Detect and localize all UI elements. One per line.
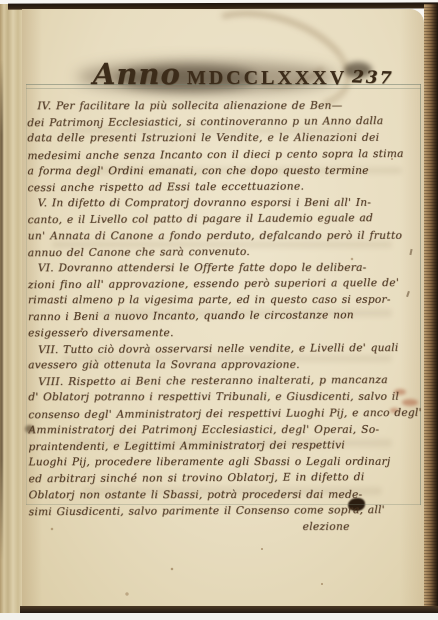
manuscript-line: ranno i Beni a nuovo Incanto, quando le … (28, 307, 421, 326)
manuscript-line-section-viii: VIII. Rispetto ai Beni che resteranno in… (28, 372, 421, 391)
manuscript-line: ed arbitrarj sinché non si trovino Oblat… (29, 469, 422, 488)
manuscript-line: esigessero diversamente. (28, 324, 421, 341)
manuscript-line: consenso degl' Amministratorj dei respet… (28, 404, 421, 423)
manuscript-line: praintendenti, e Legittimi Amministrator… (28, 437, 421, 456)
manuscript-line: medesimi anche senza Incanto con il diec… (27, 145, 420, 164)
header-year-roman: MDCCLXXXV (187, 67, 347, 89)
manuscript-line: avessero già ottenuta la Sovrana approva… (28, 357, 421, 374)
manuscript-line-section-vii: VII. Tutto ciò dovrà osservarsi nelle ve… (28, 340, 421, 359)
manuscript-line-section-vi: VI. Dovranno attendersi le Offerte fatte… (28, 260, 421, 277)
manuscript-line: simi Giusdicenti, salvo parimente il Con… (29, 501, 422, 520)
gutter-shadow (0, 60, 3, 560)
scan-border-bottom (0, 613, 438, 620)
manuscript-page: AnnoMDCCLXXXV 237 IV. Per facilitare la … (22, 9, 424, 606)
manuscript-line: zioni fino all' approvazione, essendo pe… (28, 275, 421, 294)
manuscript-line-section-v: V. In difetto di Compratorj dovranno esp… (28, 195, 421, 212)
manuscript-line: annuo del Canone che sarà convenuto. (28, 242, 421, 261)
manuscript-line: Luoghi Pij, procedere liberamente agli S… (28, 454, 421, 471)
manuscript-line: canto, e il Livello col patto di pagare … (28, 210, 421, 229)
page-header: AnnoMDCCLXXXV (80, 57, 360, 95)
header-anno-word: Anno (93, 57, 181, 91)
book-fore-edge (424, 4, 438, 614)
manuscript-line: un' Annata di Canone a fondo perduto, de… (28, 227, 421, 244)
manuscript-text-block: IV. Per facilitare la più sollecita alie… (27, 97, 422, 538)
manuscript-line: dei Patrimonj Ecclesiastici, si continov… (27, 113, 420, 132)
manuscript-line: a forma degl' Ordini emanati, con che do… (27, 162, 420, 179)
manuscript-line-catchword: elezione (29, 519, 422, 536)
scanned-manuscript-photo: AnnoMDCCLXXXV 237 IV. Per facilitare la … (0, 0, 438, 620)
manuscript-line: cessi anche rispetto ad Essi tale eccett… (27, 178, 420, 197)
manuscript-line: Amministratorj dei Patrimonj Ecclesiasti… (28, 421, 421, 438)
manuscript-line-section-iv: IV. Per facilitare la più sollecita alie… (27, 98, 420, 115)
manuscript-line: Oblatorj non ostante li Sbassi, potrà pr… (29, 486, 422, 503)
manuscript-line: d' Oblatorj potranno i respettivi Tribun… (28, 389, 421, 406)
page-number: 237 (352, 67, 394, 88)
manuscript-line: data delle presenti Istruzioni le Vendit… (27, 130, 420, 147)
book-gutter-edge (0, 4, 22, 613)
